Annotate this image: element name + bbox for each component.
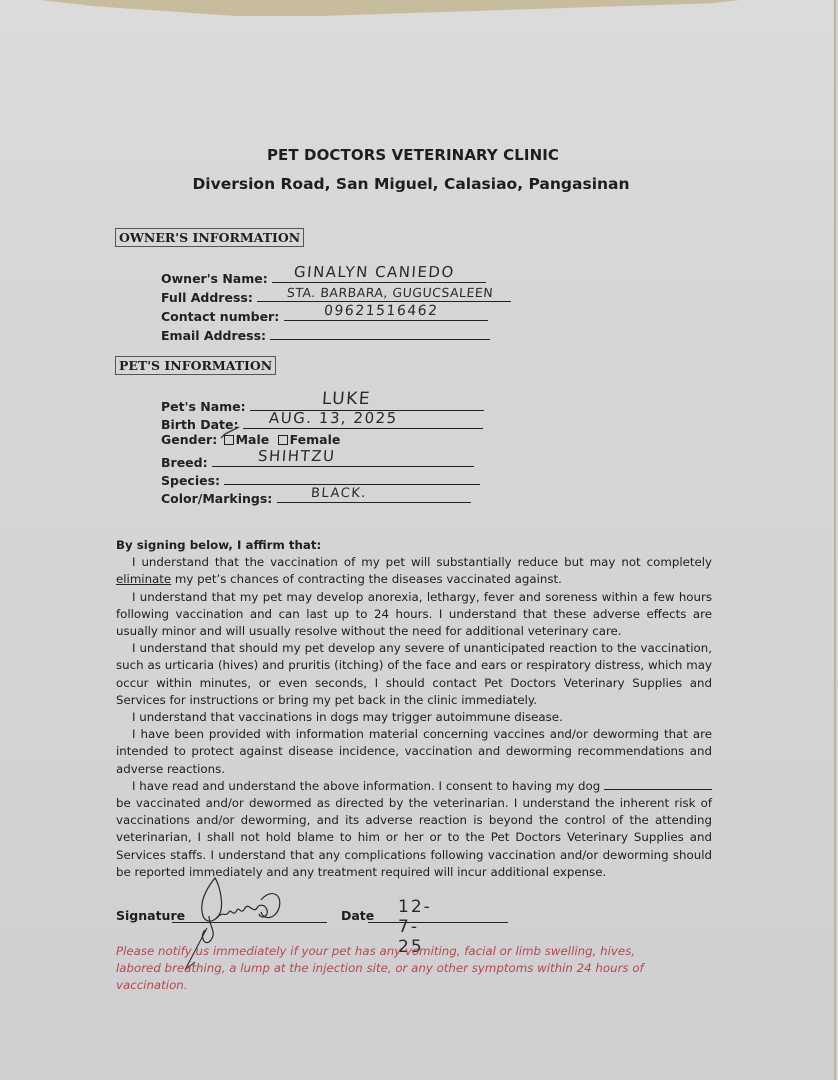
- p1-text-end: my pet’s chances of contracting the dise…: [171, 572, 562, 586]
- affirmation-paragraph-6: I have read and understand the above inf…: [116, 778, 712, 881]
- email-label: Email Address:: [161, 328, 266, 343]
- female-option-label: Female: [290, 432, 341, 447]
- species-label: Species:: [161, 473, 220, 488]
- gender-label: Gender:: [161, 432, 217, 447]
- owner-name-field[interactable]: Owner's Name: GINALYN CANIEDO: [161, 268, 486, 286]
- owner-name-value: GINALYN CANIEDO: [293, 263, 455, 281]
- clinic-name: PET DOCTORS VETERINARY CLINIC: [0, 146, 832, 164]
- affirmation-paragraph-3: I understand that should my pet develop …: [116, 640, 712, 709]
- affirmation-paragraph-1: I understand that the vaccination of my …: [116, 554, 712, 588]
- birth-date-line[interactable]: AUG. 13, 2025: [243, 414, 483, 429]
- email-line[interactable]: [270, 325, 490, 340]
- owner-name-label: Owner's Name:: [161, 271, 268, 286]
- post-vaccination-notice: Please notify us immediately if your pet…: [116, 943, 676, 994]
- gender-field: Gender: Male Female: [161, 432, 340, 447]
- contact-number-line[interactable]: 09621516462: [284, 306, 488, 321]
- color-markings-value: BLACK.: [310, 486, 367, 501]
- pet-name-value: LUKE: [321, 389, 371, 409]
- p1-underlined-word: eliminate: [116, 572, 171, 586]
- affirmation-paragraph-4: I understand that vaccinations in dogs m…: [116, 709, 712, 726]
- affirmation-paragraph-2: I understand that my pet may develop ano…: [116, 589, 712, 641]
- contact-number-label: Contact number:: [161, 309, 279, 324]
- pet-section-title: PET'S INFORMATION: [115, 356, 276, 375]
- species-line[interactable]: [224, 470, 480, 485]
- dog-name-blank[interactable]: [604, 778, 712, 790]
- date-line[interactable]: [368, 922, 508, 923]
- color-markings-label: Color/Markings:: [161, 491, 272, 506]
- breed-line[interactable]: SHIHTZU: [212, 452, 474, 467]
- date-label: Date: [341, 908, 374, 923]
- male-option-label: Male: [236, 432, 270, 447]
- p6-text: I have read and understand the above inf…: [132, 779, 604, 793]
- owner-name-line[interactable]: GINALYN CANIEDO: [272, 268, 486, 283]
- p1-text: I understand that the vaccination of my …: [132, 555, 712, 569]
- female-checkbox[interactable]: [278, 435, 288, 445]
- clinic-address: Diversion Road, San Miguel, Calasiao, Pa…: [0, 175, 830, 193]
- contact-number-value: 09621516462: [323, 303, 439, 319]
- birth-date-field[interactable]: Birth Date: AUG. 13, 2025: [161, 414, 483, 432]
- paper-fold-shadow: [40, 0, 740, 16]
- form-paper: PET DOCTORS VETERINARY CLINIC Diversion …: [0, 0, 836, 1080]
- male-checkbox[interactable]: [224, 435, 234, 445]
- pet-name-label: Pet's Name:: [161, 399, 246, 414]
- owner-section-title: OWNER'S INFORMATION: [115, 228, 304, 247]
- full-address-value: STA. BARBARA, GUGUCSALEEN: [287, 285, 494, 300]
- breed-label: Breed:: [161, 455, 208, 470]
- breed-value: SHIHTZU: [257, 447, 336, 465]
- color-markings-field[interactable]: Color/Markings: BLACK.: [161, 488, 471, 506]
- color-markings-line[interactable]: BLACK.: [277, 488, 471, 503]
- contact-number-field[interactable]: Contact number: 09621516462: [161, 306, 488, 324]
- affirmation-block: By signing below, I affirm that: I under…: [116, 537, 712, 881]
- breed-field[interactable]: Breed: SHIHTZU: [161, 452, 474, 470]
- birth-date-label: Birth Date:: [161, 417, 238, 432]
- affirmation-lead: By signing below, I affirm that:: [116, 537, 712, 554]
- birth-date-value: AUG. 13, 2025: [268, 409, 398, 427]
- full-address-label: Full Address:: [161, 290, 253, 305]
- email-field[interactable]: Email Address:: [161, 325, 490, 343]
- full-address-line[interactable]: STA. BARBARA, GUGUCSALEEN: [257, 287, 511, 302]
- affirmation-paragraph-5: I have been provided with information ma…: [116, 726, 712, 778]
- p6-text-end: be vaccinated and/or dewormed as directe…: [116, 796, 712, 879]
